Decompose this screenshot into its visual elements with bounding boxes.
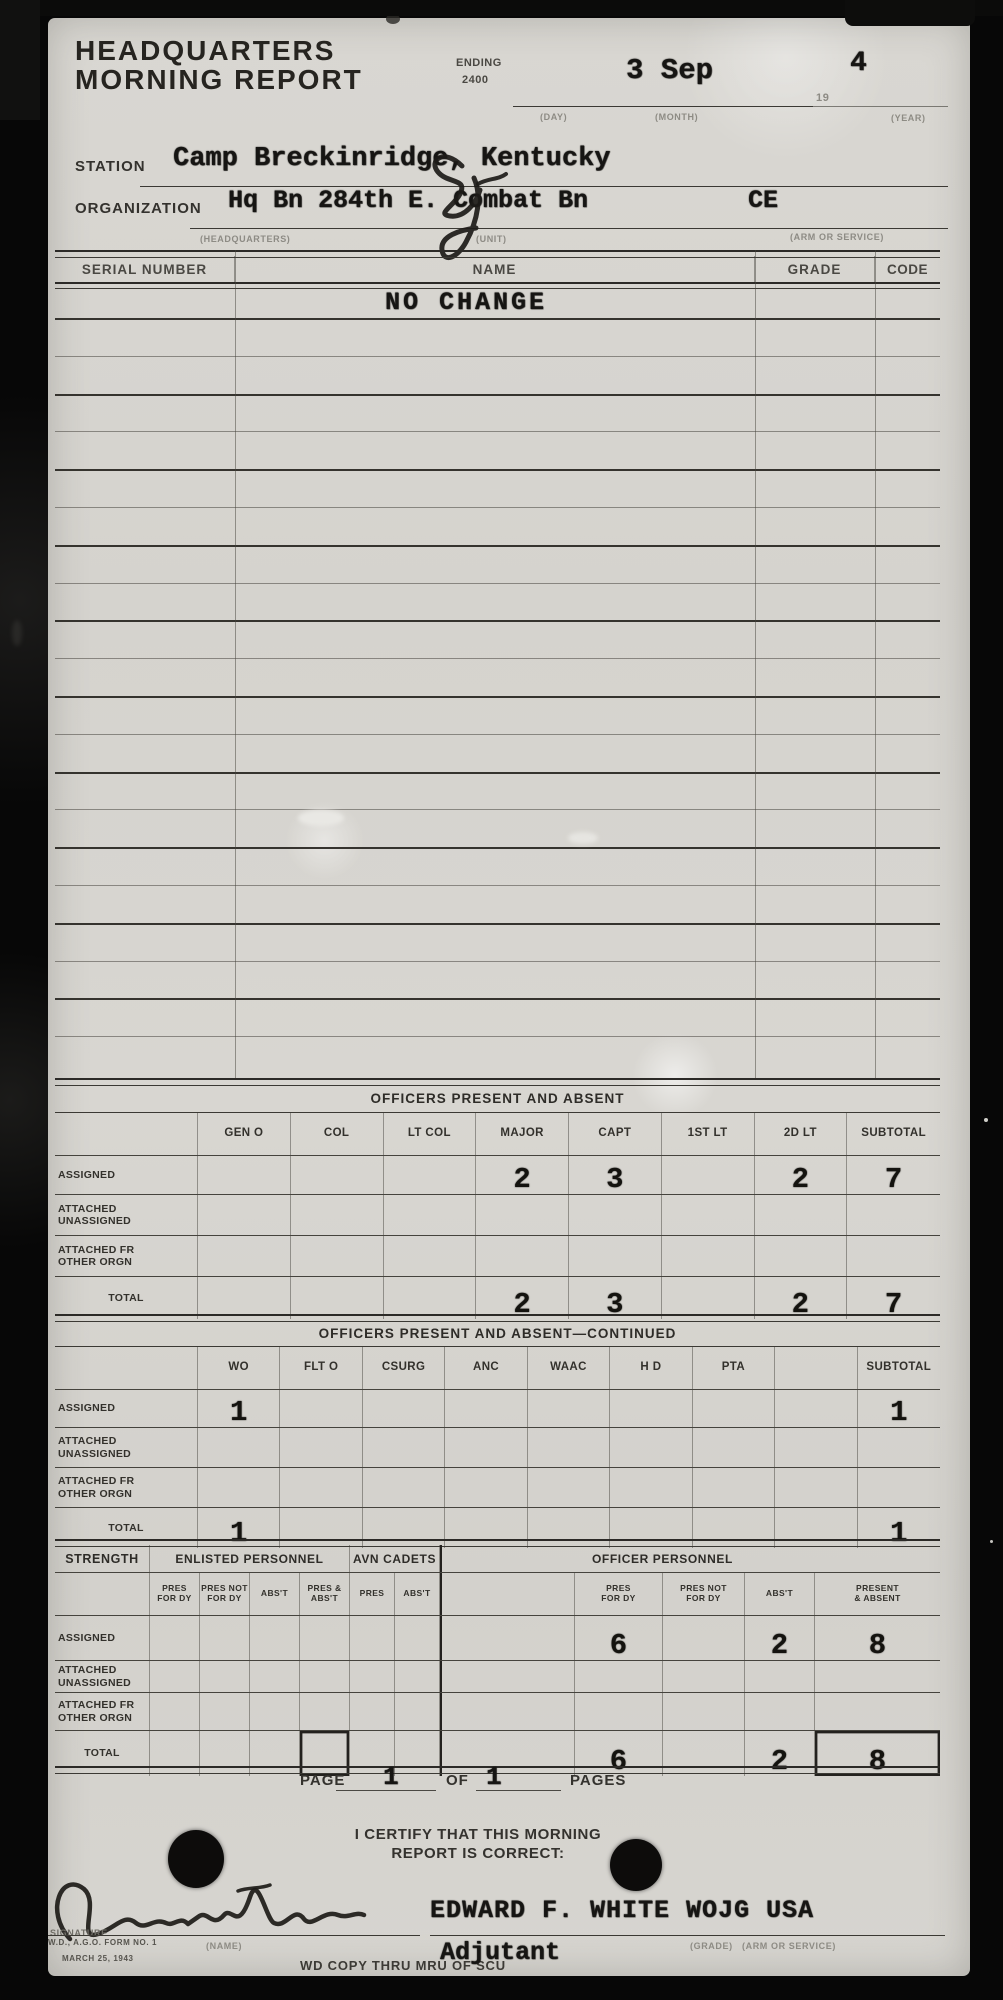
table-cell: 2 bbox=[476, 1277, 569, 1319]
strength-subheader-row: PRES FOR DYPRES NOT FOR DYABS'TPRES & AB… bbox=[55, 1573, 940, 1616]
table-cell: ASSIGNED bbox=[55, 1616, 150, 1660]
table-cell bbox=[200, 1616, 250, 1660]
table-cell: CSURG bbox=[363, 1347, 445, 1389]
scanned-morning-report: HEADQUARTERS MORNING REPORT ENDING 2400 … bbox=[0, 0, 1003, 2000]
table-cell: 3 bbox=[569, 1156, 662, 1194]
table-cell bbox=[847, 1195, 940, 1235]
pages-total-line bbox=[476, 1790, 561, 1791]
officers-present-absent-table: OFFICERS PRESENT AND ABSENT GEN OCOLLT C… bbox=[55, 1084, 940, 1319]
typed-officer-name: EDWARD F. WHITE WOJG USA bbox=[430, 1896, 814, 1925]
table-cell bbox=[662, 1156, 755, 1194]
paper-sheet: HEADQUARTERS MORNING REPORT ENDING 2400 … bbox=[48, 18, 970, 1976]
certification-line1: I CERTIFY THAT THIS MORNING bbox=[313, 1826, 643, 1843]
table-cell bbox=[55, 1347, 198, 1389]
table-cell bbox=[363, 1390, 445, 1427]
roster-rule-line bbox=[55, 394, 940, 396]
table-cell bbox=[280, 1468, 362, 1507]
form-id-line2: MARCH 25, 1943 bbox=[62, 1954, 134, 1963]
table-cell bbox=[858, 1468, 940, 1507]
table-cell bbox=[569, 1236, 662, 1276]
table-cell bbox=[610, 1468, 692, 1507]
table-cell: PRESENT & ABSENT bbox=[815, 1573, 940, 1615]
table-cell bbox=[200, 1693, 250, 1730]
table-cell: 2 bbox=[476, 1156, 569, 1194]
table-cell bbox=[198, 1195, 291, 1235]
officers-table-title: OFFICERS PRESENT AND ABSENT bbox=[55, 1084, 940, 1113]
strength-table: STRENGTH ENLISTED PERSONNEL AVN CADETS O… bbox=[55, 1545, 940, 1776]
officers-row-attached-unassigned: ATTACHED UNASSIGNED bbox=[55, 1195, 940, 1236]
table-cell bbox=[198, 1236, 291, 1276]
table-cell: MAJOR bbox=[476, 1113, 569, 1155]
roster-rule-line bbox=[55, 658, 940, 659]
table-cell: PTA bbox=[693, 1347, 775, 1389]
table-cell bbox=[300, 1693, 350, 1730]
roster-rule-line bbox=[55, 809, 940, 810]
table-cell bbox=[363, 1468, 445, 1507]
table-cell bbox=[662, 1195, 755, 1235]
roster-rule-line bbox=[55, 545, 940, 547]
table-cell: 3 bbox=[569, 1277, 662, 1319]
table-cell bbox=[55, 1113, 198, 1155]
table-cell bbox=[745, 1693, 815, 1730]
table-cell: ATTACHED UNASSIGNED bbox=[55, 1428, 198, 1467]
table-cell: PRES NOT FOR DY bbox=[200, 1573, 250, 1615]
page-number-value: 1 bbox=[383, 1762, 399, 1792]
table-cell bbox=[198, 1156, 291, 1194]
table-cell bbox=[693, 1428, 775, 1467]
pages-label: PAGES bbox=[570, 1772, 626, 1789]
roster-divider-code bbox=[875, 250, 876, 1078]
table-cell: PRES NOT FOR DY bbox=[663, 1573, 745, 1615]
table-cell: ATTACHED UNASSIGNED bbox=[55, 1195, 198, 1235]
table-cell bbox=[363, 1428, 445, 1467]
roster-rule-line bbox=[55, 583, 940, 584]
table-cell bbox=[662, 1236, 755, 1276]
scan-smudge bbox=[568, 832, 598, 844]
table-cell bbox=[445, 1468, 527, 1507]
table-cell bbox=[291, 1195, 384, 1235]
table-cell bbox=[745, 1661, 815, 1692]
table-cell: WAAC bbox=[528, 1347, 610, 1389]
table-cell: 2 bbox=[745, 1616, 815, 1660]
roster-rule-line bbox=[55, 318, 940, 320]
typed-officer-title: Adjutant bbox=[440, 1938, 560, 1967]
roster-rule-line bbox=[55, 620, 940, 622]
pages-total-value: 1 bbox=[486, 1762, 502, 1792]
signature-printed-label: SIGNATURE bbox=[50, 1928, 108, 1938]
table-cell bbox=[610, 1428, 692, 1467]
name-sublabel: (NAME) bbox=[206, 1941, 242, 1951]
table-cell: PRES FOR DY bbox=[150, 1573, 200, 1615]
roster-rule-line bbox=[55, 847, 940, 849]
table-cell: ATTACHED FR OTHER ORGN bbox=[55, 1693, 150, 1730]
table-cell bbox=[300, 1616, 350, 1660]
table-cell: 2 bbox=[755, 1277, 848, 1319]
table-cell bbox=[569, 1195, 662, 1235]
table-cell bbox=[575, 1661, 663, 1692]
table-cell: ANC bbox=[445, 1347, 527, 1389]
table-cell bbox=[198, 1277, 291, 1319]
scan-dust bbox=[984, 1118, 988, 1122]
table-cell: LT COL bbox=[384, 1113, 477, 1155]
table-cell bbox=[384, 1277, 477, 1319]
scan-dust bbox=[12, 620, 22, 646]
table-cell bbox=[858, 1428, 940, 1467]
table-cell bbox=[440, 1661, 575, 1692]
table-cell bbox=[445, 1390, 527, 1427]
table-cell bbox=[395, 1693, 440, 1730]
table-cell bbox=[198, 1468, 280, 1507]
table-cell bbox=[775, 1468, 857, 1507]
roster-rule-line bbox=[55, 923, 940, 925]
table-cell bbox=[150, 1616, 200, 1660]
form-id-line1: W.D., A.G.O. FORM NO. 1 bbox=[48, 1938, 157, 1947]
roster-rule-line bbox=[55, 961, 940, 962]
table-cell bbox=[350, 1616, 395, 1660]
table-cell: ASSIGNED bbox=[55, 1390, 198, 1427]
table-cell: ASSIGNED bbox=[55, 1156, 198, 1194]
roster-ruled-lines bbox=[55, 18, 940, 1058]
table-cell bbox=[440, 1693, 575, 1730]
officers-header-row: GEN OCOLLT COLMAJORCAPT1ST LT2D LTSUBTOT… bbox=[55, 1113, 940, 1156]
officers-row-total: TOTAL2327 bbox=[55, 1277, 940, 1319]
officers-continued-row-attached-unassigned: ATTACHED UNASSIGNED bbox=[55, 1428, 940, 1468]
table-cell bbox=[440, 1573, 575, 1615]
officers-row-assigned: ASSIGNED2327 bbox=[55, 1156, 940, 1195]
table-cell bbox=[250, 1616, 300, 1660]
table-cell bbox=[755, 1195, 848, 1235]
strength-row-assigned: ASSIGNED628 bbox=[55, 1616, 940, 1661]
table-cell: ATTACHED UNASSIGNED bbox=[55, 1661, 150, 1692]
table-cell bbox=[280, 1390, 362, 1427]
table-cell bbox=[476, 1236, 569, 1276]
roster-divider-grade bbox=[755, 250, 756, 1078]
table-cell bbox=[755, 1236, 848, 1276]
table-cell: 6 bbox=[575, 1616, 663, 1660]
grade-arm-sublabel: (GRADE) (ARM OR SERVICE) bbox=[690, 1941, 836, 1951]
table-cell bbox=[150, 1661, 200, 1692]
table-cell bbox=[847, 1236, 940, 1276]
table-cell: SUBTOTAL bbox=[847, 1113, 940, 1155]
table-cell bbox=[198, 1428, 280, 1467]
strength-label: STRENGTH bbox=[55, 1545, 150, 1572]
certification-line2: REPORT IS CORRECT: bbox=[313, 1845, 643, 1862]
table-cell: COL bbox=[291, 1113, 384, 1155]
table-cell bbox=[250, 1661, 300, 1692]
officers-continued-table: OFFICERS PRESENT AND ABSENT—CONTINUED WO… bbox=[55, 1320, 940, 1548]
table-cell: WO bbox=[198, 1347, 280, 1389]
table-cell bbox=[575, 1693, 663, 1730]
table-cell: ABS'T bbox=[745, 1573, 815, 1615]
roster-rule-line bbox=[55, 1036, 940, 1037]
table-cell: 7 bbox=[847, 1156, 940, 1194]
signature-line bbox=[48, 1935, 420, 1936]
officers-row-attached-fr-other: ATTACHED FR OTHER ORGN bbox=[55, 1236, 940, 1277]
page-number-line bbox=[336, 1790, 436, 1791]
table-cell bbox=[395, 1661, 440, 1692]
table-cell bbox=[291, 1277, 384, 1319]
table-cell bbox=[384, 1195, 477, 1235]
strength-row-attached-unassigned: ATTACHED UNASSIGNED bbox=[55, 1661, 940, 1693]
table-cell: 2 bbox=[755, 1156, 848, 1194]
table-cell: 1 bbox=[198, 1390, 280, 1427]
officers-continued-row-attached-fr-other: ATTACHED FR OTHER ORGN bbox=[55, 1468, 940, 1508]
punch-hole-right bbox=[610, 1839, 662, 1891]
table-cell bbox=[384, 1236, 477, 1276]
table-cell: TOTAL bbox=[55, 1277, 198, 1319]
table-cell bbox=[775, 1347, 857, 1389]
table-cell: CAPT bbox=[569, 1113, 662, 1155]
table-cell: 1ST LT bbox=[662, 1113, 755, 1155]
scanner-corner-top-left bbox=[0, 0, 40, 120]
scan-dust bbox=[990, 1540, 993, 1543]
scanner-blob-top-right bbox=[845, 0, 975, 26]
scan-smudge bbox=[298, 810, 344, 826]
grade-line bbox=[430, 1935, 945, 1936]
roster-rule-line bbox=[55, 356, 940, 357]
table-cell bbox=[663, 1693, 745, 1730]
table-cell: 1 bbox=[858, 1390, 940, 1427]
table-cell bbox=[610, 1390, 692, 1427]
table-cell: ATTACHED FR OTHER ORGN bbox=[55, 1468, 198, 1507]
table-cell: FLT O bbox=[280, 1347, 362, 1389]
table-cell bbox=[440, 1616, 575, 1660]
roster-rule-line bbox=[55, 696, 940, 698]
roster-divider-serial bbox=[235, 250, 236, 1078]
table-cell: PRES bbox=[350, 1573, 395, 1615]
table-cell bbox=[815, 1693, 940, 1730]
table-cell: 2D LT bbox=[755, 1113, 848, 1155]
table-cell: 7 bbox=[847, 1277, 940, 1319]
table-cell: H D bbox=[610, 1347, 692, 1389]
group-enlisted-personnel: ENLISTED PERSONNEL bbox=[150, 1545, 350, 1572]
of-label: OF bbox=[446, 1772, 469, 1789]
table-cell bbox=[350, 1693, 395, 1730]
roster-rule-line bbox=[55, 431, 940, 432]
table-cell: SUBTOTAL bbox=[858, 1347, 940, 1389]
table-cell bbox=[775, 1390, 857, 1427]
strength-group-header-row: STRENGTH ENLISTED PERSONNEL AVN CADETS O… bbox=[55, 1545, 940, 1573]
table-cell bbox=[445, 1428, 527, 1467]
table-cell bbox=[280, 1428, 362, 1467]
table-cell: ABS'T bbox=[395, 1573, 440, 1615]
table-cell bbox=[528, 1390, 610, 1427]
roster-rule-line bbox=[55, 998, 940, 1000]
table-cell bbox=[693, 1468, 775, 1507]
table-cell bbox=[300, 1661, 350, 1692]
table-cell bbox=[150, 1693, 200, 1730]
table-cell bbox=[250, 1693, 300, 1730]
table-cell: 8 bbox=[815, 1616, 940, 1660]
strength-row-attached-fr-other: ATTACHED FR OTHER ORGN bbox=[55, 1693, 940, 1731]
table-cell bbox=[663, 1661, 745, 1692]
page-label: PAGE bbox=[300, 1772, 345, 1789]
officers-continued-title: OFFICERS PRESENT AND ABSENT—CONTINUED bbox=[55, 1320, 940, 1347]
officers-continued-row-assigned: ASSIGNED11 bbox=[55, 1390, 940, 1428]
table-cell bbox=[663, 1616, 745, 1660]
table-cell bbox=[528, 1468, 610, 1507]
table-cell bbox=[395, 1616, 440, 1660]
roster-rule-line bbox=[55, 734, 940, 735]
table-cell bbox=[775, 1428, 857, 1467]
table-cell bbox=[384, 1156, 477, 1194]
table-cell bbox=[815, 1661, 940, 1692]
roster-rule-line bbox=[55, 772, 940, 774]
group-officer-personnel: OFFICER PERSONNEL bbox=[440, 1545, 940, 1572]
table-cell: GEN O bbox=[198, 1113, 291, 1155]
table-cell: ABS'T bbox=[250, 1573, 300, 1615]
table-cell bbox=[350, 1661, 395, 1692]
table-cell bbox=[476, 1195, 569, 1235]
table-cell bbox=[662, 1277, 755, 1319]
table-cell: ATTACHED FR OTHER ORGN bbox=[55, 1236, 198, 1276]
table-cell: PRES & ABS'T bbox=[300, 1573, 350, 1615]
roster-rule-line bbox=[55, 885, 940, 886]
table-cell bbox=[528, 1428, 610, 1467]
group-avn-cadets: AVN CADETS bbox=[350, 1545, 440, 1572]
table-cell bbox=[200, 1661, 250, 1692]
table-cell bbox=[55, 1573, 150, 1615]
roster-rule-line bbox=[55, 507, 940, 508]
table-cell bbox=[291, 1236, 384, 1276]
officers-continued-header-row: WOFLT OCSURGANCWAACH DPTASUBTOTAL bbox=[55, 1347, 940, 1390]
table-cell: PRES FOR DY bbox=[575, 1573, 663, 1615]
roster-rule-line bbox=[55, 469, 940, 471]
table-cell bbox=[291, 1156, 384, 1194]
table-cell bbox=[693, 1390, 775, 1427]
